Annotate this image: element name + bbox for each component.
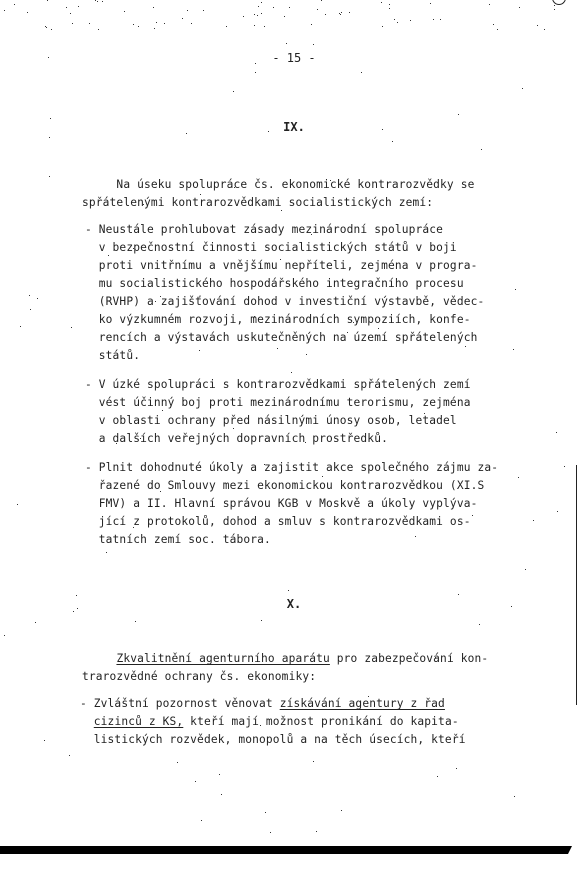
section-ix-item-2-line-3: v oblasti ochrany před násilnými únosy o… bbox=[85, 414, 457, 428]
section-ix-item-2-line-1: - V úzké spolupráci s kontrarozvědkami s… bbox=[85, 378, 471, 392]
section-x-intro-line-2: trarozvědné ochrany čs. ekonomiky: bbox=[82, 670, 316, 684]
section-ix-item-1-line-8: států. bbox=[85, 349, 140, 363]
right-margin-rule bbox=[576, 465, 577, 705]
section-x-item-underlined-1: získávání agentury z řad bbox=[280, 697, 445, 710]
section-x-item-prefix: - Zvláštní pozornost věnovat bbox=[80, 697, 280, 710]
section-x-item-line-1: - Zvláštní pozornost věnovat získávání a… bbox=[80, 697, 445, 711]
section-x-item-underlined-2: cizinců z KS, bbox=[94, 715, 184, 728]
section-heading-x: X. bbox=[0, 597, 588, 611]
section-ix-item-2-line-4: a dalších veřejných dopravních prostředk… bbox=[85, 432, 388, 446]
section-ix-item-1-line-5: (RVHP) a zajišťování dohod v investiční … bbox=[85, 295, 484, 309]
section-ix-item-1-line-1: - Neustále prohlubovat zásady mezinárodn… bbox=[85, 223, 443, 237]
section-x-intro-underlined: Zkvalitnění agenturního aparátu bbox=[116, 652, 329, 665]
section-ix-item-3-line-3: FMV) a II. Hlavní správou KGB v Moskvě a… bbox=[85, 497, 477, 511]
section-ix-item-3-line-2: řazené do Smlouvy mezi ekonomickou kontr… bbox=[85, 479, 484, 493]
section-ix-item-1-line-4: mu socialistického hospodářského integra… bbox=[85, 277, 464, 291]
section-ix-item-3-line-5: tatních zemí soc. tábora. bbox=[85, 533, 271, 547]
section-ix-item-1-line-3: proti vnitřnímu a vnějšímu nepříteli, ze… bbox=[85, 259, 477, 273]
section-heading-ix: IX. bbox=[0, 120, 588, 134]
document-page: - 15 - IX. Na úseku spolupráce čs. ekono… bbox=[0, 0, 588, 879]
section-x-item-line-2: cizinců z KS, kteří mají možnost proniká… bbox=[80, 715, 459, 729]
section-ix-item-3-line-1: - Plnit dohodnuté úkoly a zajistit akce … bbox=[85, 461, 498, 475]
section-ix-item-1-line-2: v bezpečnostní činnosti socialistických … bbox=[85, 241, 457, 255]
section-x-item-line-3: listických rozvědek, monopolů a na těch … bbox=[80, 733, 466, 747]
section-x-intro-line-1: Zkvalitnění agenturního aparátu pro zabe… bbox=[82, 652, 488, 666]
section-x-intro-rest: pro zabezpečování kon- bbox=[330, 652, 488, 665]
bottom-edge-bar bbox=[0, 846, 568, 854]
section-x-item-line-2-rest: kteří mají možnost pronikání do kapita- bbox=[183, 715, 458, 728]
section-ix-item-2-line-2: vést účinný boj proti mezinárodnímu tero… bbox=[85, 396, 471, 410]
section-ix-item-1-line-7: rencích a výstavách uskutečněných na úze… bbox=[85, 331, 477, 345]
section-ix-intro-line-2: spřátelenými kontrarozvědkami socialisti… bbox=[82, 196, 433, 210]
section-ix-item-1-line-6: ko výzkumném rozvoji, mezinárodních symp… bbox=[85, 313, 471, 327]
section-ix-intro-line-1: Na úseku spolupráce čs. ekonomické kontr… bbox=[82, 178, 474, 192]
section-ix-item-3-line-4: jící z protokolů, dohod a smluv s kontra… bbox=[85, 515, 471, 529]
page-number: - 15 - bbox=[0, 51, 588, 65]
